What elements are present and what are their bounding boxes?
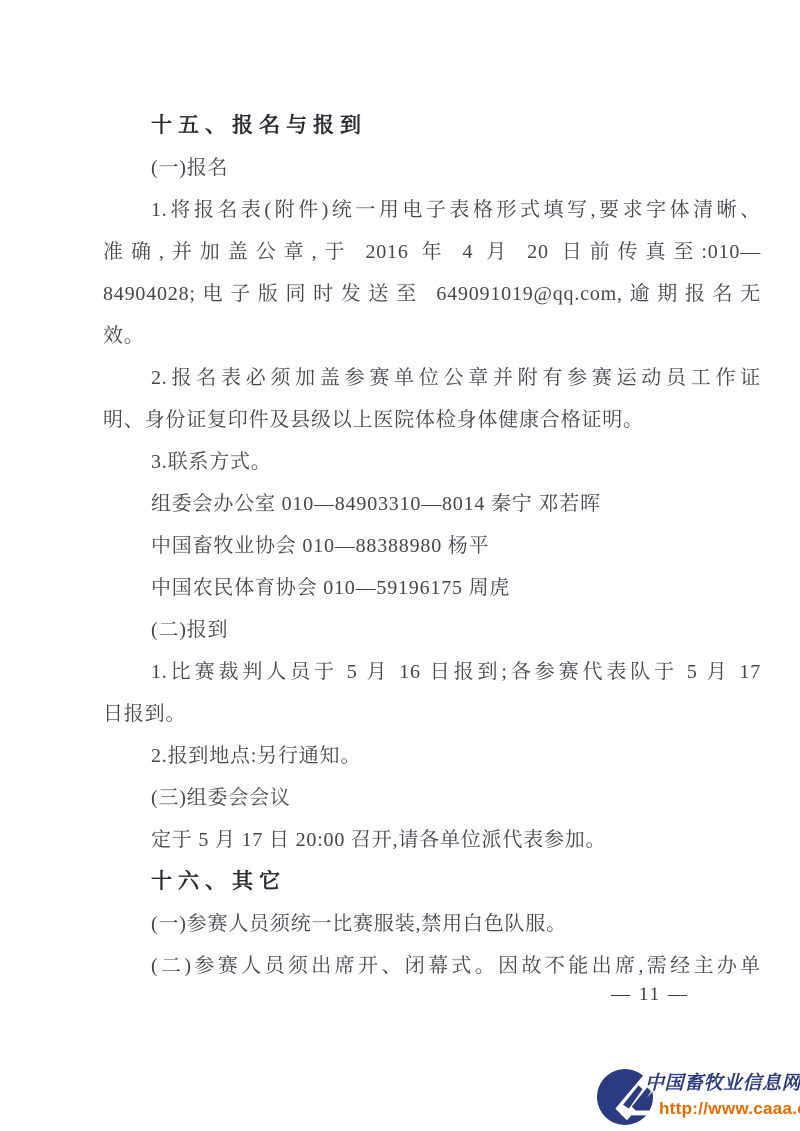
section-heading: 十五、报名与报到: [103, 105, 761, 147]
document-line: 1.将报名表(附件)统一用电子表格形式填写,要求字体清晰、: [103, 189, 761, 231]
section-heading: 十六、其它: [103, 861, 761, 903]
document-line: 效。: [103, 315, 761, 357]
site-watermark: 中国畜牧业信息网 http://www.caaa.cn: [590, 1062, 800, 1131]
document-line: (一)报名: [103, 147, 761, 189]
document-line: 2.报到地点:另行通知。: [103, 735, 761, 777]
document-line: 准确,并加盖公章,于 2016 年 4 月 20 日前传真至:010—: [103, 231, 761, 273]
document-line: 中国农民体育协会 010—59196175 周虎: [103, 567, 761, 609]
watermark-site-url: http://www.caaa.cn: [659, 1098, 800, 1120]
page-number: — 11 —: [575, 980, 725, 1010]
document-body: 十五、报名与报到(一)报名1.将报名表(附件)统一用电子表格形式填写,要求字体清…: [103, 105, 761, 987]
document-line: 84904028;电子版同时发送至 649091019@qq.com,逾期报名无: [103, 273, 761, 315]
document-line: 2.报名表必须加盖参赛单位公章并附有参赛运动员工作证: [103, 357, 761, 399]
document-line: (三)组委会会议: [103, 777, 761, 819]
document-line: 中国畜牧业协会 010—88388980 杨平: [103, 525, 761, 567]
document-line: 明、身份证复印件及县级以上医院体检身体健康合格证明。: [103, 399, 761, 441]
document-line: (二)报到: [103, 609, 761, 651]
document-line: 日报到。: [103, 693, 761, 735]
document-line: 定于 5 月 17 日 20:00 召开,请各单位派代表参加。: [103, 819, 761, 861]
watermark-site-name: 中国畜牧业信息网: [645, 1068, 800, 1100]
scanned-document-page: 十五、报名与报到(一)报名1.将报名表(附件)统一用电子表格形式填写,要求字体清…: [0, 0, 800, 1131]
document-line: 组委会办公室 010—84903310—8014 秦宁 邓若晖: [103, 483, 761, 525]
document-line: 1.比赛裁判人员于 5 月 16 日报到;各参赛代表队于 5 月 17: [103, 651, 761, 693]
document-line: 3.联系方式。: [103, 441, 761, 483]
document-line: (一)参赛人员须统一比赛服装,禁用白色队服。: [103, 903, 761, 945]
